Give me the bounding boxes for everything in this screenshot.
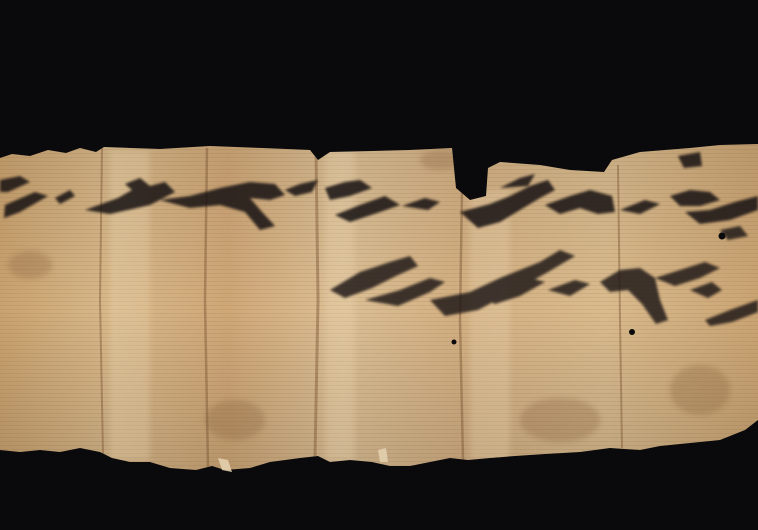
papyrus-strip — [0, 140, 758, 475]
papyrus-photo — [0, 0, 758, 530]
